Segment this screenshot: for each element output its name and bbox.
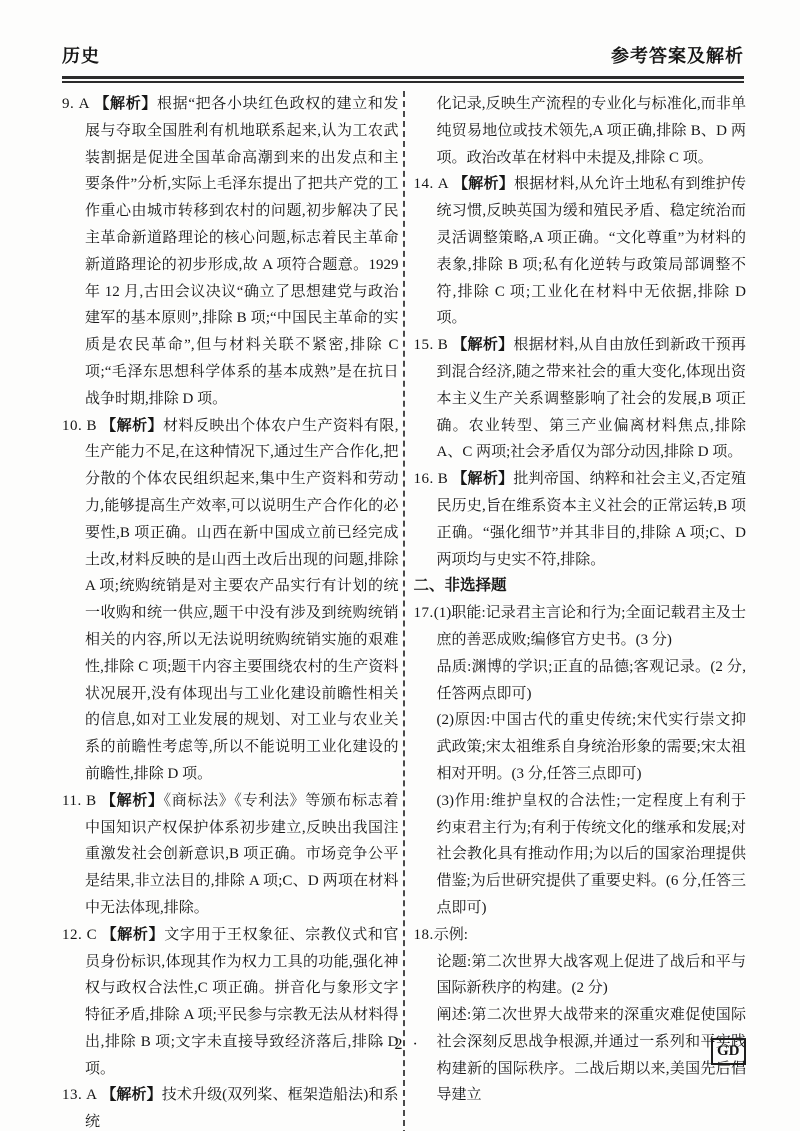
question-18-para-3: 阐述:第二次世界大战带来的深重灾难促使国际社会深刻反思战争根源,并通过一系列和平… bbox=[414, 1002, 747, 1109]
answer-item-10: 10. B 【解析】材料反映出个体农户生产资料有限,生产能力不足,在这种情况下,… bbox=[62, 413, 399, 788]
item-number: 16. bbox=[414, 471, 434, 487]
content-area: 9. A 【解析】根据“把各小块红色政权的建立和发展与夺取全国胜利有机地联系起来… bbox=[62, 91, 746, 1131]
question-17: 17.(1)职能:记录君主言论和行为;全面记载君主及士庶的善恶成败;编修官方史书… bbox=[414, 600, 747, 922]
item-number: 18. bbox=[414, 927, 434, 943]
brand-badge: GD bbox=[711, 1038, 746, 1065]
analysis-tag: 【解析】 bbox=[101, 1086, 161, 1103]
item-number: 15. bbox=[414, 337, 434, 353]
item-number: 14. bbox=[414, 176, 434, 192]
subject-label: 历史 bbox=[62, 42, 100, 68]
question-17-para-4: (3)作用:维护皇权的合法性;一定程度上有利于约束君主行为;有利于传统文化的继承… bbox=[414, 788, 747, 922]
header-title: 参考答案及解析 bbox=[611, 42, 744, 68]
answer-letter: C bbox=[87, 927, 98, 943]
analysis-tag: 【解析】 bbox=[452, 336, 513, 353]
question-17-para-3: (2)原因:中国古代的重史传统;宋代实行崇文抑武政策;宋太祖维系自身统治形象的需… bbox=[414, 707, 747, 787]
analysis-tag: 【解析】 bbox=[452, 470, 513, 487]
page-number: · 2 · bbox=[0, 1036, 800, 1054]
item-number: 10. bbox=[62, 418, 82, 434]
analysis-tag: 【解析】 bbox=[101, 792, 164, 809]
answer-letter: B bbox=[86, 793, 97, 809]
answer-item-9: 9. A 【解析】根据“把各小块红色政权的建立和发展与夺取全国胜利有机地联系起来… bbox=[62, 91, 399, 413]
answer-letter: A bbox=[438, 176, 449, 192]
analysis-tag: 【解析】 bbox=[102, 926, 165, 943]
item-number: 17. bbox=[414, 605, 434, 621]
item-number: 13. bbox=[62, 1087, 82, 1103]
answer-item-13: 13. A 【解析】技术升级(双列桨、框架造船法)和系统 bbox=[62, 1082, 399, 1131]
answer-item-15: 15. B 【解析】根据材料,从自由放任到新政干预再到混合经济,随之带来社会的重… bbox=[414, 332, 747, 466]
page-header: 历史 参考答案及解析 bbox=[62, 42, 744, 68]
left-column: 9. A 【解析】根据“把各小块红色政权的建立和发展与夺取全国胜利有机地联系起来… bbox=[62, 91, 399, 1131]
analysis-tag: 【解析】 bbox=[453, 175, 514, 192]
continuation-text: 化记录,反映生产流程的专业化与标准化,而非单纯贸易地位或技术领先,A 项正确,排… bbox=[414, 91, 747, 171]
answer-item-16: 16. B 【解析】批判帝国、纳粹和社会主义,否定殖民历史,旨在维系资本主义社会… bbox=[414, 466, 747, 573]
answer-item-11: 11. B 【解析】《商标法》《专利法》等颁布标志着中国知识产权保护体系初步建立… bbox=[62, 788, 399, 922]
column-divider bbox=[403, 91, 405, 1131]
answer-letter: B bbox=[438, 337, 449, 353]
item-number: 11. bbox=[62, 793, 82, 809]
analysis-tag: 【解析】 bbox=[94, 95, 157, 112]
answer-letter: A bbox=[86, 1087, 97, 1103]
analysis-tag: 【解析】 bbox=[101, 417, 163, 434]
answer-sheet-page: 历史 参考答案及解析 9. A 【解析】根据“把各小块红色政权的建立和发展与夺取… bbox=[0, 0, 800, 1131]
question-17-para-2: 品质:渊博的学识;正直的品德;客观记录。(2 分,任答两点即可) bbox=[414, 654, 747, 708]
answer-item-14: 14. A 【解析】根据材料,从允许土地私有到维护传统习惯,反映英国为缓和殖民矛… bbox=[414, 171, 747, 332]
question-18-para-2: 论题:第二次世界大战客观上促进了战后和平与国际新秩序的构建。(2 分) bbox=[414, 949, 747, 1003]
question-18: 18.示例:论题:第二次世界大战客观上促进了战后和平与国际新秩序的构建。(2 分… bbox=[414, 922, 747, 1110]
answer-item-12: 12. C 【解析】文字用于王权象征、宗教仪式和官员身份标识,体现其作为权力工具… bbox=[62, 922, 399, 1083]
question-17-para-1: 17.(1)职能:记录君主言论和行为;全面记载君主及士庶的善恶成败;编修官方史书… bbox=[414, 600, 747, 654]
answer-letter: B bbox=[438, 471, 449, 487]
header-rule bbox=[62, 76, 744, 83]
item-number: 9. bbox=[62, 96, 74, 112]
right-column: 化记录,反映生产流程的专业化与标准化,而非单纯贸易地位或技术领先,A 项正确,排… bbox=[414, 91, 747, 1109]
section-heading: 二、非选择题 bbox=[414, 573, 747, 600]
answer-letter: B bbox=[86, 418, 97, 434]
answer-letter: A bbox=[79, 96, 90, 112]
item-number: 12. bbox=[62, 927, 82, 943]
question-18-para-1: 18.示例: bbox=[414, 922, 747, 949]
